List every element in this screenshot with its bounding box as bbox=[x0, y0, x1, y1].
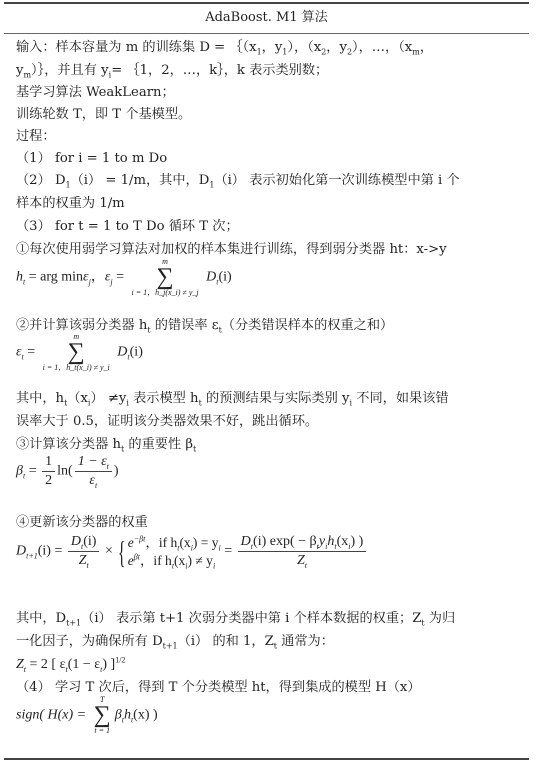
step-4: （4） 学习 T 次后，得到 T 个分类模型 ht，得到集成的模型 H（x） bbox=[16, 678, 421, 698]
formula-ht-argmin: ht = arg minεj，εj = m∑i = 1，h_j(x_i) ≠ y… bbox=[16, 258, 232, 297]
substep-1: ①每次使用弱学习算法对加权的样本集进行训练，得到弱分类器 ht：x->y bbox=[16, 240, 447, 260]
formula-weight-update: Dt+1(i) = Dt(i)Zt × { e−βt，if ht(xi) = y… bbox=[16, 533, 368, 570]
step-2: （2） D1（i） = 1/m，其中，D1（i） 表示初始化第一次训练模型中第 … bbox=[16, 171, 460, 191]
formula-ensemble: sign( H(x) = T∑t = 1βtht(x) ) bbox=[16, 696, 158, 735]
substep-3: ③计算该分类器 ht 的重要性 βt bbox=[16, 435, 196, 455]
note-4: 一化因子，为确保所有 Dt+1（i） 的和 1，Zt 通常为： bbox=[16, 632, 334, 652]
formula-normalizer: Zt = 2 [ εt(1 − εt) ]1/2 bbox=[16, 655, 125, 675]
step-1: （1） for i = 1 to m Do bbox=[16, 149, 167, 169]
step-3: （3） for t = 1 to T Do 循环 T 次； bbox=[16, 217, 239, 237]
substep-4: ④更新该分类器的权重 bbox=[16, 513, 148, 533]
input-line-2: ym）｝，并且有 yi= ｛1，2，…，k｝，k 表示类别数； bbox=[16, 61, 328, 81]
note-2: 误率大于 0.5，证明该分类器效果不好，跳出循环。 bbox=[16, 412, 318, 432]
step-2-cont: 样本的权重为 1/m bbox=[16, 194, 125, 214]
rounds-line: 训练轮数 T，即 T 个基模型。 bbox=[16, 105, 191, 125]
note-1: 其中，ht（xi） ≠yi 表示模型 ht 的预测结果与实际类别 yi 不同，如… bbox=[16, 389, 449, 409]
fraction-half: 12 bbox=[42, 453, 55, 490]
fraction-d-over-z: Dt(i)Zt bbox=[68, 533, 100, 570]
left-brace-icon: { bbox=[118, 534, 126, 570]
summation-symbol: m∑i = 1，h_j(x_i) ≠ y_j bbox=[131, 258, 198, 297]
table-title: AdaBoost. M1 算法 bbox=[0, 8, 533, 28]
piecewise-cases: e−βt，if ht(xi) = yi eβt，if ht(xi) ≠ yi bbox=[128, 534, 221, 570]
note-3: 其中，Dt+1（i） 表示第 t+1 次弱分类器中第 i 个样本数据的权重；Zt… bbox=[16, 609, 455, 629]
top-rule bbox=[4, 2, 529, 4]
fraction-error: 1 − εtεt bbox=[75, 453, 112, 490]
formula-error-rate: εt = m∑i = 1，h_t(x_i) ≠ y_i Dt(i) bbox=[16, 333, 143, 372]
header-rule bbox=[4, 33, 529, 34]
base-learner-line: 基学习算法 WeakLearn； bbox=[16, 83, 175, 103]
bottom-rule bbox=[4, 758, 529, 760]
process-label: 过程： bbox=[16, 127, 56, 147]
formula-beta: βt = 12ln(1 − εtεt) bbox=[16, 453, 119, 490]
input-line-1: 输入：样本容量为 m 的训练集 D = ｛（x1，y1），（x2，y2），…，（… bbox=[16, 38, 433, 58]
fraction-exp-over-z: Dt(i) exp( − βtyiht(xi) )Zt bbox=[238, 533, 367, 570]
summation-symbol: m∑i = 1，h_t(x_i) ≠ y_i bbox=[43, 333, 110, 372]
summation-symbol: T∑t = 1 bbox=[94, 696, 111, 735]
